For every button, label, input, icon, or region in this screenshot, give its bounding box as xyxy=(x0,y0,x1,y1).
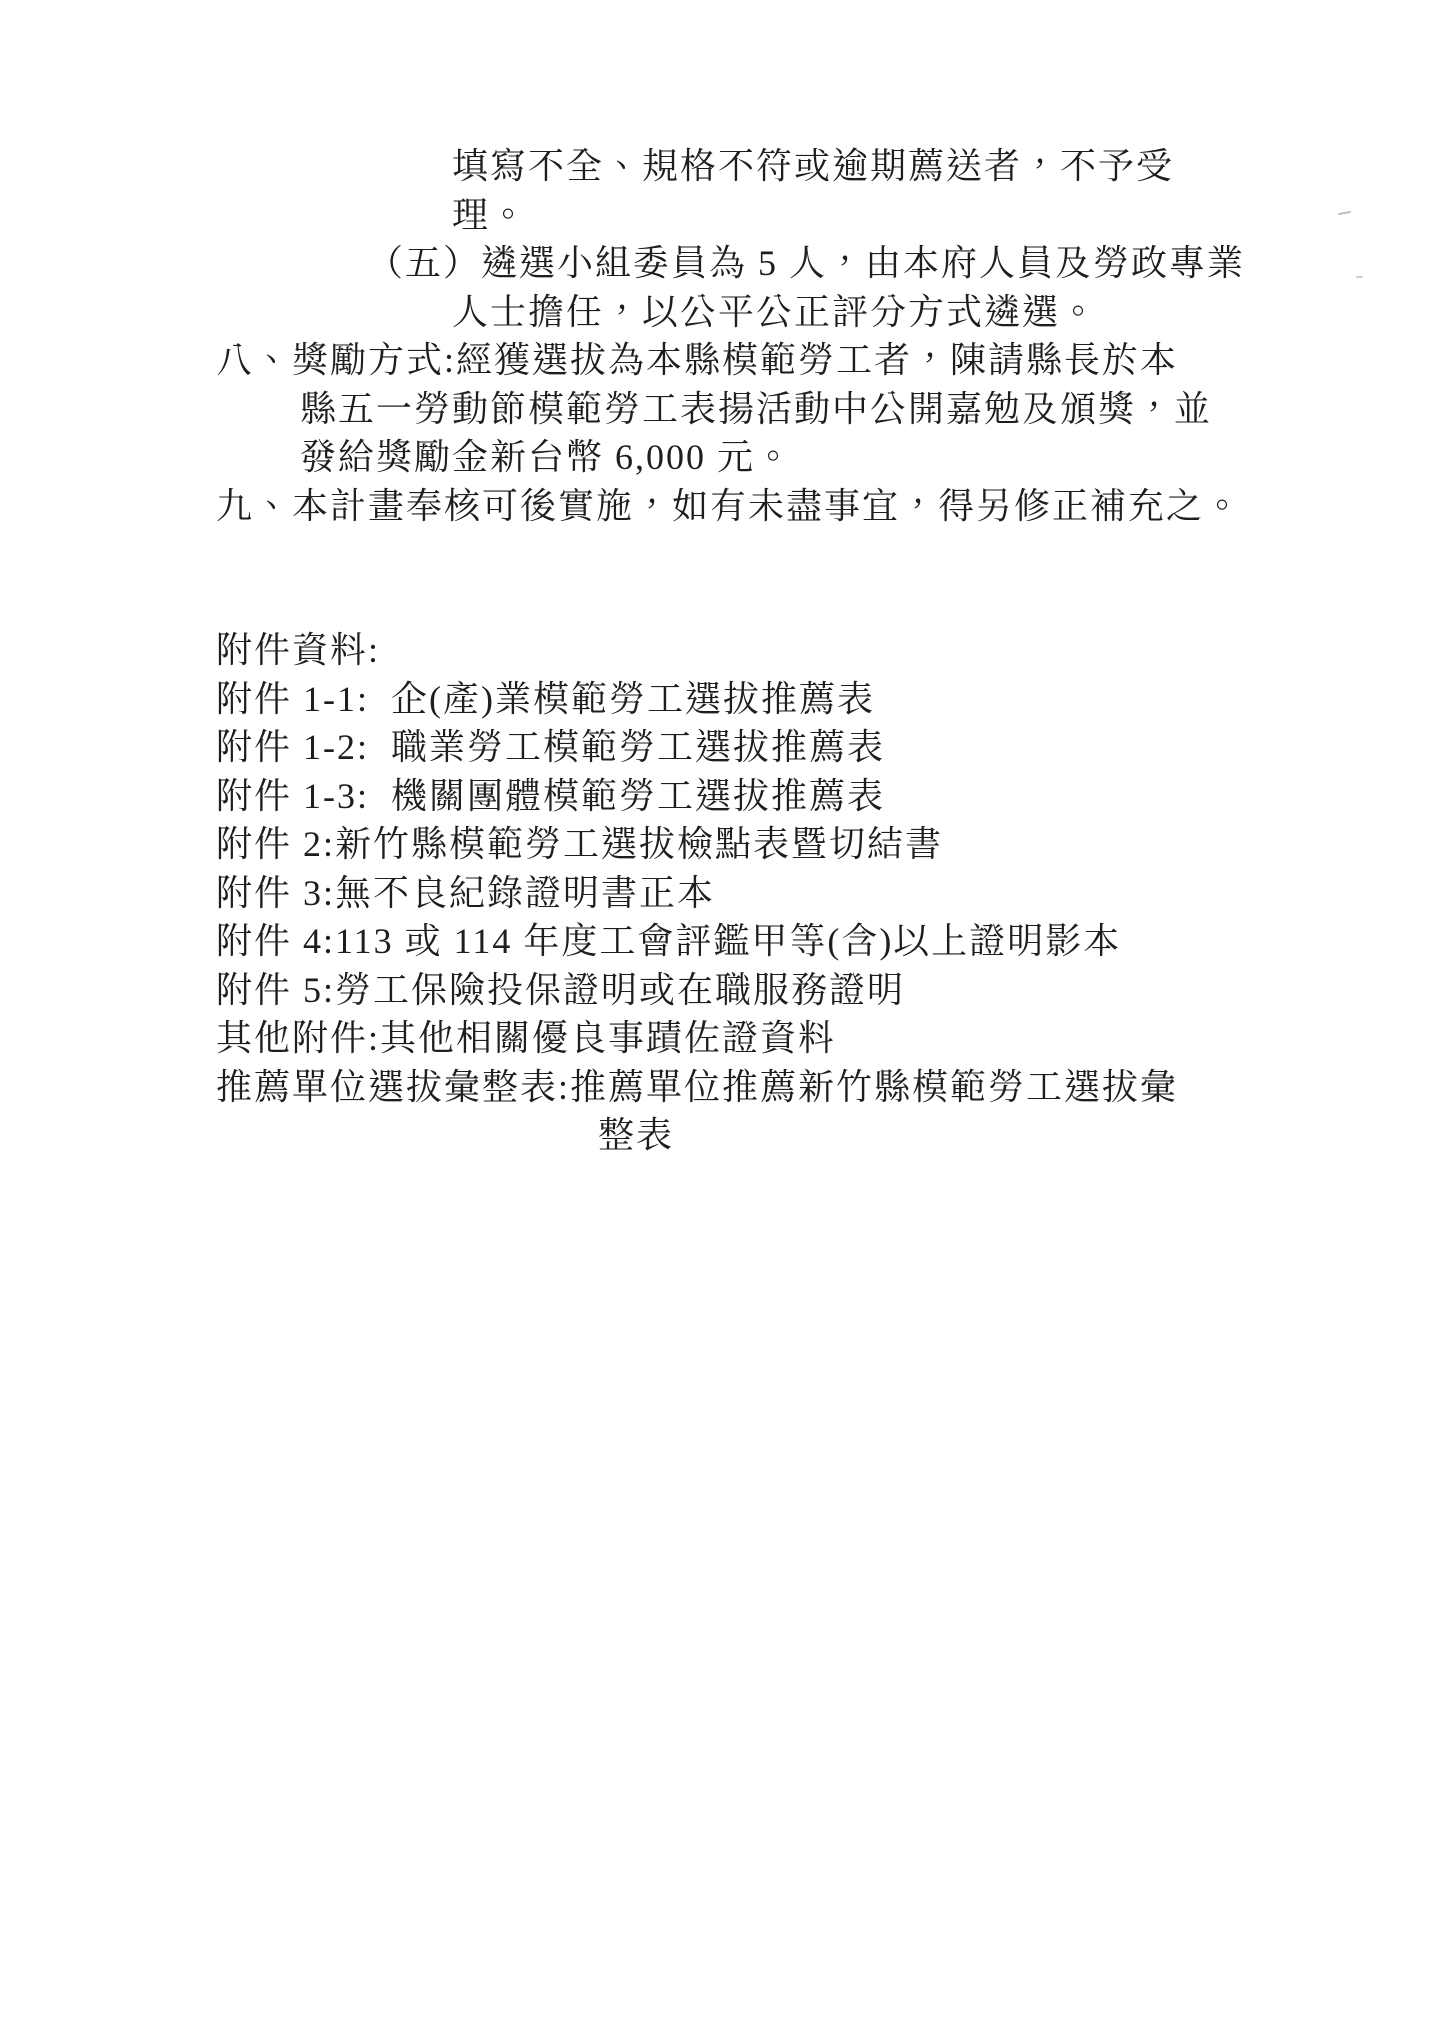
attachment-line: 附件 1-1: 企(產)業模範勞工選拔推薦表 xyxy=(216,675,1440,724)
attachment-line: 附件 1-2: 職業勞工模範勞工選拔推薦表 xyxy=(216,723,1440,772)
attachment-line: 推薦單位選拔彙整表:推薦單位推薦新竹縣模範勞工選拔彙 xyxy=(216,1063,1440,1112)
attachment-line-continuation: 整表 xyxy=(598,1111,1440,1160)
doc-line: 人士擔任，以公平公正評分方式遴選。 xyxy=(452,288,1440,337)
attachment-line: 附件 4:113 或 114 年度工會評鑑甲等(含)以上證明影本 xyxy=(216,917,1440,966)
attachment-line: 附件 2:新竹縣模範勞工選拔檢點表暨切結書 xyxy=(216,820,1440,869)
attachments-heading: 附件資料: xyxy=(216,626,1440,675)
attachment-line: 附件 3:無不良紀錄證明書正本 xyxy=(216,869,1440,918)
scanned-document-page: 填寫不全、規格不符或逾期薦送者，不予受 理。 （五）遴選小組委員為 5 人，由本… xyxy=(0,0,1440,2037)
attachment-line: 附件 5:勞工保險投保證明或在職服務證明 xyxy=(216,966,1440,1015)
doc-line: （五）遴選小組委員為 5 人，由本府人員及勞政專業 xyxy=(367,239,1440,288)
document-main-paragraphs: 填寫不全、規格不符或逾期薦送者，不予受 理。 （五）遴選小組委員為 5 人，由本… xyxy=(0,0,1440,530)
doc-line: 九、本計畫奉核可後實施，如有未盡事宜，得另修正補充之。 xyxy=(216,482,1440,531)
attachment-line: 其他附件:其他相關優良事蹟佐證資料 xyxy=(216,1014,1440,1063)
doc-line: 理。 xyxy=(452,191,1440,240)
doc-line: 八、獎勵方式:經獲選拔為本縣模範勞工者，陳請縣長於本 xyxy=(216,336,1440,385)
doc-line: 填寫不全、規格不符或逾期薦送者，不予受 xyxy=(452,142,1440,191)
doc-line: 縣五一勞動節模範勞工表揚活動中公開嘉勉及頒獎，並 xyxy=(300,385,1440,434)
doc-line: 發給獎勵金新台幣 6,000 元。 xyxy=(300,433,1440,482)
attachment-line: 附件 1-3: 機關團體模範勞工選拔推薦表 xyxy=(216,772,1440,821)
attachments-section: 附件資料: 附件 1-1: 企(產)業模範勞工選拔推薦表 附件 1-2: 職業勞… xyxy=(0,626,1440,1160)
